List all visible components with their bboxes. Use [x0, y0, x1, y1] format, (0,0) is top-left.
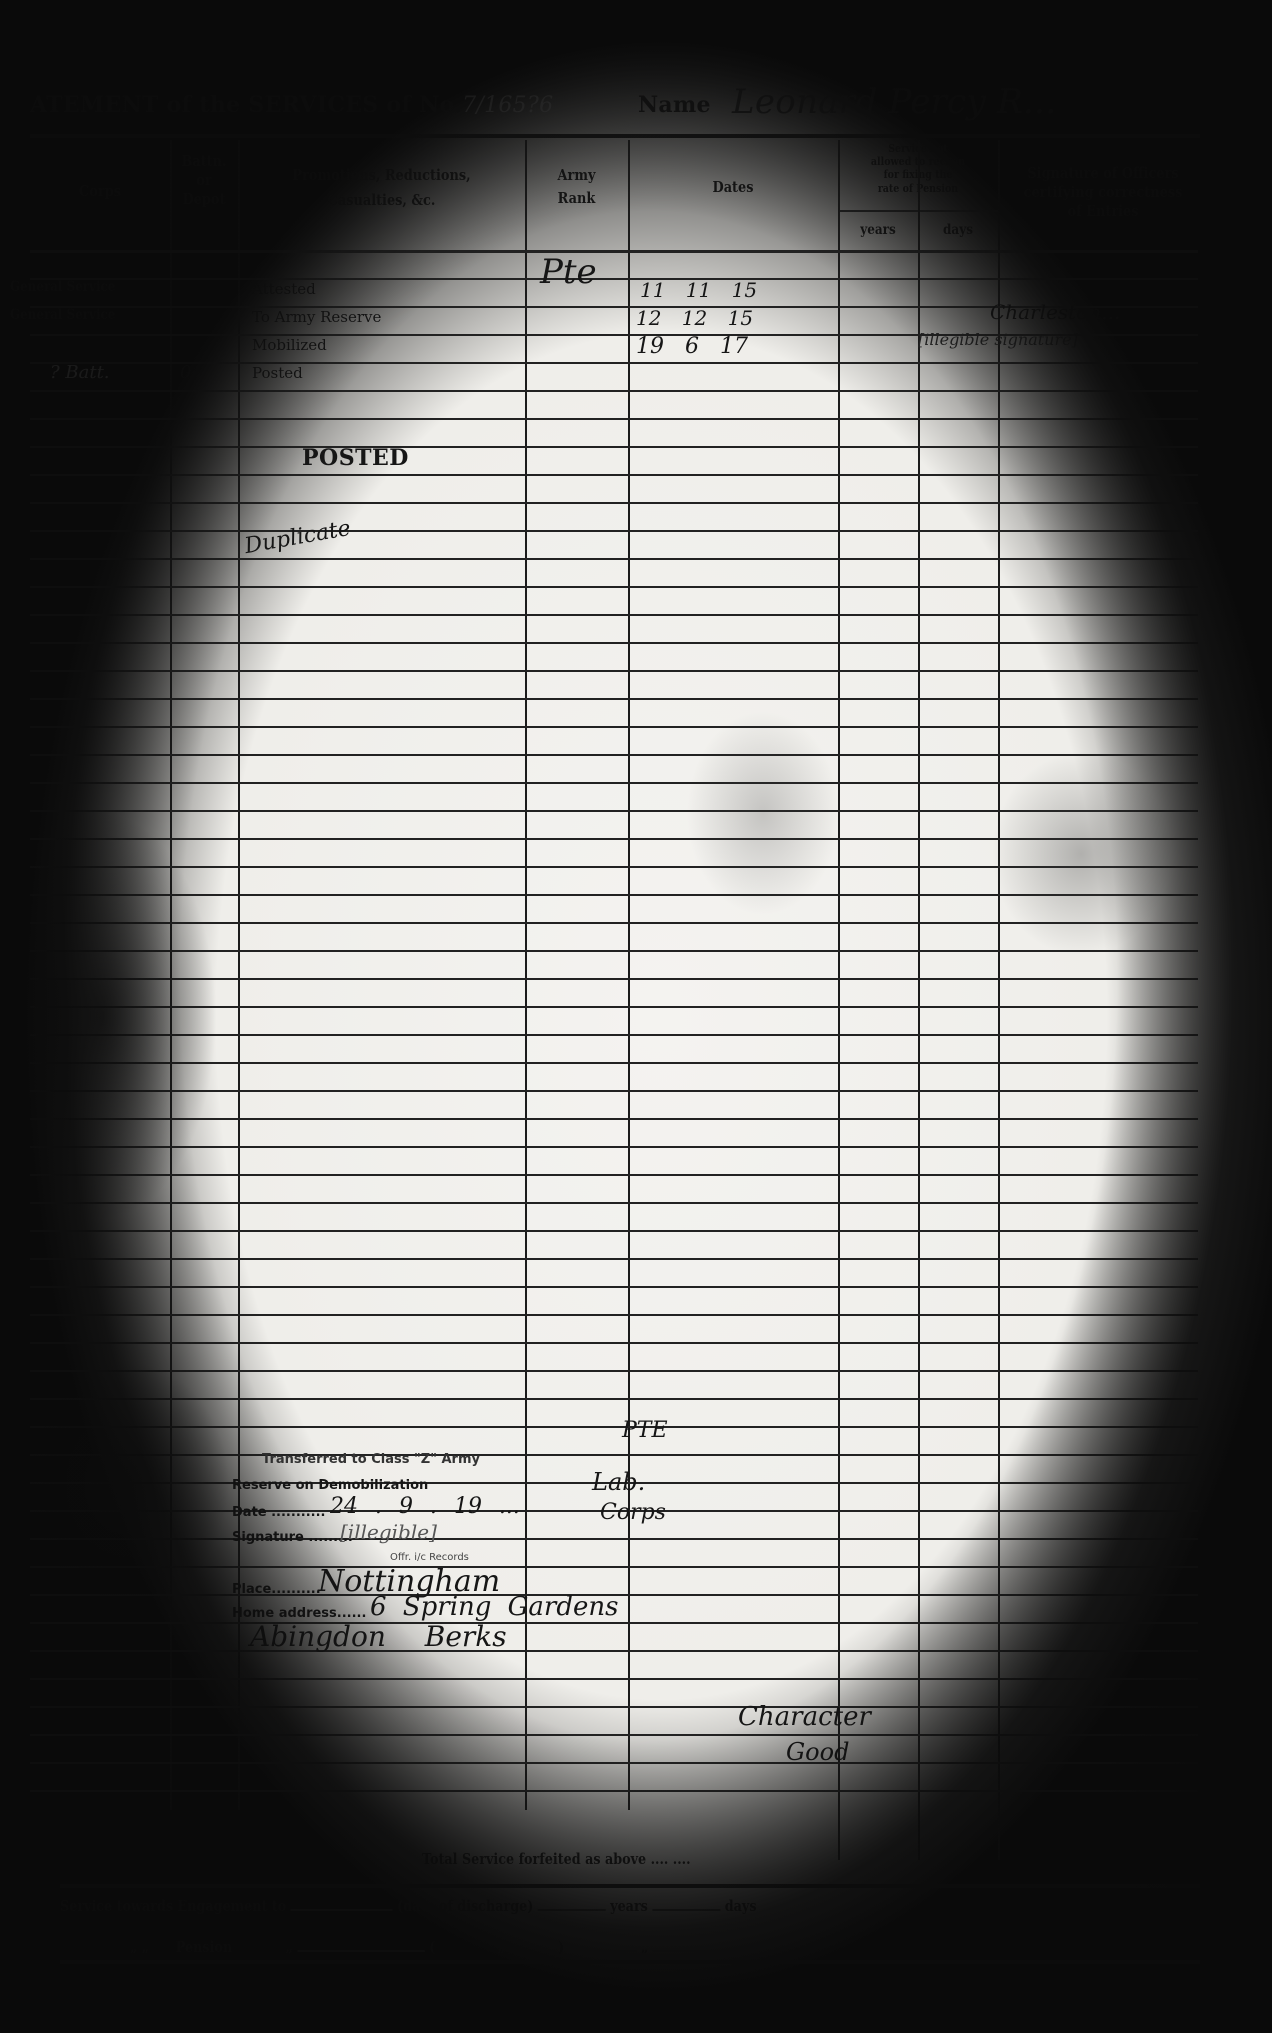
header-bottom-rule	[30, 250, 1198, 253]
row-rule	[30, 1398, 1198, 1400]
row-rule	[30, 754, 1198, 756]
row-rule	[30, 1706, 1198, 1708]
row-rule	[30, 558, 1198, 560]
header-days: days	[924, 222, 993, 240]
row-rule	[30, 866, 1198, 868]
header-army-rank: Army Rank	[532, 166, 621, 208]
demob-line1: Transferred to Class "Z" Army	[262, 1452, 480, 1467]
row2-signature: Charleston...	[990, 300, 1120, 324]
header-signature-line: of Entries	[1013, 202, 1194, 221]
pension-years-blank[interactable]	[569, 1936, 637, 1952]
row-rule	[30, 1174, 1198, 1176]
row-rule	[30, 978, 1198, 980]
demob-signature-value: [illegible]	[340, 1520, 437, 1544]
total-service-forfeited: Total Service forfeited as above .... ..…	[422, 1850, 691, 1868]
engagement-label: Service towards Engagement to	[60, 1897, 286, 1915]
row-rule	[30, 782, 1198, 784]
row-rule	[30, 1650, 1198, 1652]
row-rule	[30, 1370, 1198, 1372]
row-rule	[30, 1426, 1198, 1428]
row2-event: To Army Reserve	[252, 308, 381, 326]
demob-date-label: Date ...........	[232, 1505, 325, 1520]
row3-date: 19 6 17	[636, 334, 748, 359]
days-label: days	[725, 1897, 757, 1915]
character-label: Character	[738, 1702, 871, 1732]
row-rule	[30, 1062, 1198, 1064]
row-rule	[30, 1790, 1198, 1792]
row-rule	[30, 1538, 1198, 1540]
row4-event: Posted	[252, 364, 303, 382]
years-blank[interactable]	[538, 1895, 606, 1911]
header-rank-line: Army	[532, 166, 621, 185]
row-rule	[30, 1118, 1198, 1120]
title-rule	[30, 134, 1200, 138]
name-label: Name	[638, 92, 711, 118]
row-rule	[30, 642, 1198, 644]
row-rule	[30, 1678, 1198, 1680]
row3-signature: [illegible signature]	[918, 330, 1078, 349]
header-promotions-line: Promotions, Reductions,	[258, 166, 505, 185]
row-rule	[30, 1734, 1198, 1736]
row-rule	[30, 1622, 1198, 1624]
footer-rule-top	[60, 1884, 1200, 1888]
row-rule	[30, 1006, 1198, 1008]
header-corps: Corps	[40, 182, 160, 201]
row-rule	[30, 530, 1198, 532]
row-rule	[30, 1202, 1198, 1204]
row-rule	[30, 446, 1198, 448]
paren-open: (	[429, 1938, 435, 1956]
row-rule	[30, 726, 1198, 728]
row-rule	[30, 1034, 1198, 1036]
pension-years-ditto: „	[641, 1938, 648, 1956]
row2-date: 12 12 15	[636, 306, 753, 330]
footer-pension-line: „ „ Pension „ ( „ ) „	[130, 1936, 721, 1956]
row-rule	[30, 474, 1198, 476]
row-rule	[30, 894, 1198, 896]
header-dates: Dates	[643, 178, 824, 197]
row-rule	[30, 614, 1198, 616]
row3-event: Mobilized	[252, 336, 327, 354]
pension-ditto-2: „	[285, 1938, 292, 1956]
demob-signature-label: Signature .........	[232, 1530, 353, 1545]
row-rule	[30, 1342, 1198, 1344]
row4-battn: 0	[180, 362, 191, 383]
demob-place-label: Place..........	[232, 1582, 321, 1597]
pension-blank[interactable]	[297, 1936, 425, 1952]
header-signature: Signature of Officers certifying correct…	[1013, 164, 1194, 220]
rank-note-pte: PTE	[622, 1418, 668, 1443]
column-divider	[918, 140, 920, 1860]
row-rule	[30, 1566, 1198, 1568]
header-battn-line: Battn.	[175, 152, 233, 171]
row-rule	[30, 1090, 1198, 1092]
row-rule	[30, 838, 1198, 840]
row1-corps: General Service	[10, 279, 115, 295]
demob-date-value: 24 . 9 . 19 ...	[330, 1494, 520, 1519]
column-divider	[998, 140, 1000, 1860]
row4-corps: ? Batt.	[50, 362, 110, 383]
row-rule	[30, 810, 1198, 812]
paren-close: )	[558, 1938, 564, 1956]
header-years: years	[844, 222, 913, 240]
days-blank[interactable]	[652, 1895, 720, 1911]
paren-ditto: „	[497, 1938, 504, 1956]
rank-note-lab: Lab.	[592, 1468, 645, 1496]
demob-line2: Reserve on Demobilization	[232, 1478, 428, 1493]
header-battn: Battn. or Depot	[175, 152, 233, 208]
row1-rank: Pte	[540, 252, 597, 292]
row-rule	[30, 1146, 1198, 1148]
row-rule	[30, 1258, 1198, 1260]
row-rule	[30, 922, 1198, 924]
demob-home-label: Home address......	[232, 1606, 366, 1621]
header-battn-line: Depot	[175, 190, 233, 209]
pension-days-blank[interactable]	[653, 1936, 721, 1952]
rank-note-corps: Corps	[600, 1500, 666, 1525]
character-value: Good	[786, 1738, 849, 1766]
row2-corps: General Service	[10, 307, 115, 323]
header-promotions-line: Casualties, &c.	[258, 191, 505, 210]
document-title: ATEMENT of the SERVICES of No.7/165?6 Na…	[30, 92, 553, 118]
engagement-blank[interactable]	[291, 1895, 393, 1911]
footer-rule-bottom	[60, 1960, 1200, 1964]
row-rule	[30, 362, 1198, 364]
row-rule	[30, 1286, 1198, 1288]
row1-event: Attested	[252, 280, 316, 298]
row-rule	[30, 1314, 1198, 1316]
name-value: Leonard Percy R...	[732, 82, 1056, 122]
header-rank-line: Rank	[532, 189, 621, 208]
header-battn-line: or	[175, 171, 233, 190]
demob-home-value-1: 6 Spring Gardens	[370, 1592, 618, 1622]
header-promotions: Promotions, Reductions, Casualties, &c.	[258, 166, 505, 210]
title-prefix: ATEMENT of the SERVICES of No.	[30, 92, 462, 118]
row1-date: 11 11 15	[640, 278, 757, 302]
demob-officer-line: Offr. i/c Records	[390, 1552, 469, 1563]
years-label: years	[610, 1897, 648, 1915]
row-rule	[30, 670, 1198, 672]
row-rule	[30, 1230, 1198, 1232]
date-of-discharge-label: (date of discharge)	[397, 1897, 533, 1915]
demob-home-value-2: Abingdon Berks	[250, 1620, 507, 1653]
row-rule	[30, 586, 1198, 588]
column-divider	[838, 140, 840, 1860]
posted-stamp: POSTED	[302, 445, 409, 471]
row-rule	[30, 390, 1198, 392]
row-rule	[30, 950, 1198, 952]
pension-label: Pension	[176, 1938, 232, 1956]
pension-ditto: „ „	[130, 1938, 149, 1956]
row-rule	[30, 418, 1198, 420]
service-number: 7/165?6	[462, 93, 553, 118]
footer-engagement-line: Service towards Engagement to (date of d…	[60, 1895, 757, 1915]
row-rule	[30, 1762, 1198, 1764]
row-rule	[30, 502, 1198, 504]
header-signature-line: certifying correctness	[1013, 183, 1194, 202]
row-rule	[30, 278, 1198, 280]
row-rule	[30, 698, 1198, 700]
row-rule	[30, 1454, 1198, 1456]
header-signature-line: Signature of Officers	[1013, 164, 1194, 183]
